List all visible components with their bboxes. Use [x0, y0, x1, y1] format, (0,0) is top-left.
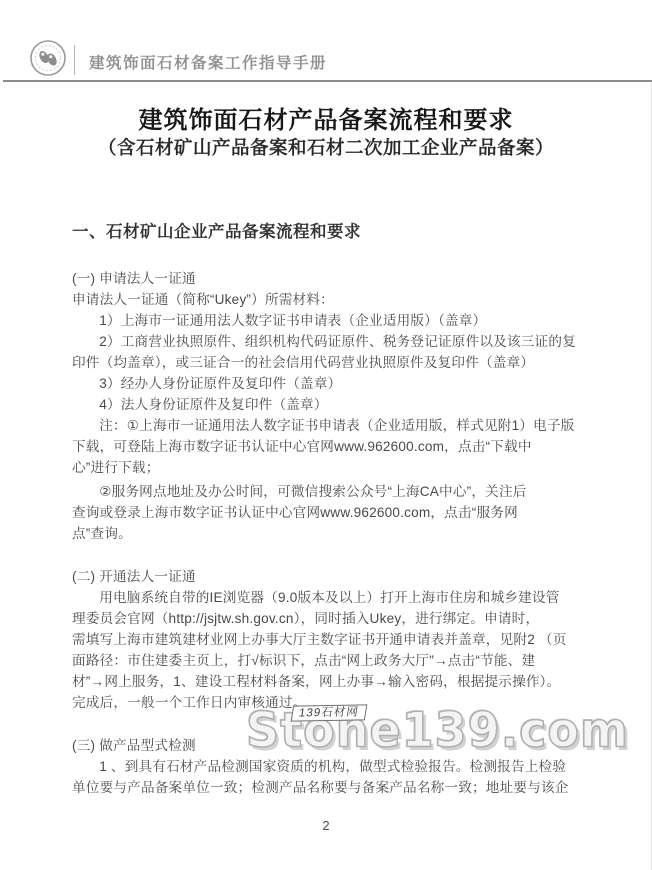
- body-line: 面路径：市住建委主页上，打√标识下，点击“网上政务大厅”→点击“节能、建: [72, 650, 580, 671]
- document-title: 建筑饰面石材产品备案流程和要求: [72, 106, 580, 136]
- body-line: 1）上海市一证通用法人数字证书申请表（企业适用版）（盖章）: [72, 310, 580, 331]
- body-line: (二) 开通法人一证通: [72, 566, 580, 587]
- page-number: 2: [0, 818, 652, 833]
- document-page: 建筑饰面石材备案工作指导手册 建筑饰面石材产品备案流程和要求 （含石材矿山产品备…: [0, 0, 652, 870]
- body-lines: (一) 申请法人一证通申请法人一证通（简称“Ukey”）所需材料：1）上海市一证…: [72, 268, 580, 798]
- association-seal-icon: [29, 39, 67, 77]
- body-line: (一) 申请法人一证通: [72, 268, 580, 289]
- body-line: 2）工商营业执照原件、组织机构代码证原件、税务登记证原件以及该三证的复: [72, 331, 580, 352]
- document-body: 建筑饰面石材产品备案流程和要求 （含石材矿山产品备案和石材二次加工企业产品备案）…: [72, 0, 580, 798]
- body-line: 用电脑系统自带的IE浏览器（9.0版本及以上）打开上海市住房和城乡建设管: [72, 587, 580, 608]
- body-line: 下载，可登陆上海市数字证书认证中心官网www.962600.com，点击“下载中: [72, 436, 580, 457]
- body-line: 4）法人身份证原件及复印件（盖章）: [72, 394, 580, 415]
- body-line: 1 、到具有石材产品检测国家资质的机构，做型式检验报告。检测报告上检验: [72, 756, 580, 777]
- document-subtitle: （含石材矿山产品备案和石材二次加工企业产品备案）: [72, 136, 580, 160]
- body-line: 理委员会官网（http://jsjtw.sh.gov.cn），同时插入Ukey，…: [72, 608, 580, 629]
- body-line: 材”→网上服务，1、建设工程材料备案，网上办事→输入密码，根据提示操作）。: [72, 671, 580, 692]
- body-line: (三) 做产品型式检测: [72, 735, 580, 756]
- body-line: 点”查询。: [72, 523, 580, 544]
- body-line: 3）经办人身份证原件及复印件（盖章）: [72, 373, 580, 394]
- body-line: 心”进行下载；: [72, 457, 580, 478]
- body-line: 注：①上海市一证通用法人数字证书申请表（企业适用版，样式见附1）电子版: [72, 415, 580, 436]
- body-line: 需填写上海市建筑建材业网上办事大厅主数字证书开通申请表并盖章，见附2 （页: [72, 629, 580, 650]
- body-line: 印件（均盖章），或三证合一的社会信用代码营业执照原件及复印件（盖章）: [72, 352, 580, 373]
- body-line: 申请法人一证通（简称“Ukey”）所需材料：: [72, 289, 580, 310]
- body-line: 单位要与产品备案单位一致；检测产品名称要与备案产品名称一致；地址要与该企: [72, 777, 580, 798]
- section-heading: 一、石材矿山企业产品备案流程和要求: [72, 220, 580, 244]
- body-line: ②服务网点地址及办公时间，可微信搜索公众号“上海CA中心”，关注后: [72, 481, 580, 502]
- body-line: 完成后，一般一个工作日内审核通过。: [72, 692, 580, 713]
- body-line: 查询或登录上海市数字证书认证中心官网www.962600.com，点击“服务网: [72, 502, 580, 523]
